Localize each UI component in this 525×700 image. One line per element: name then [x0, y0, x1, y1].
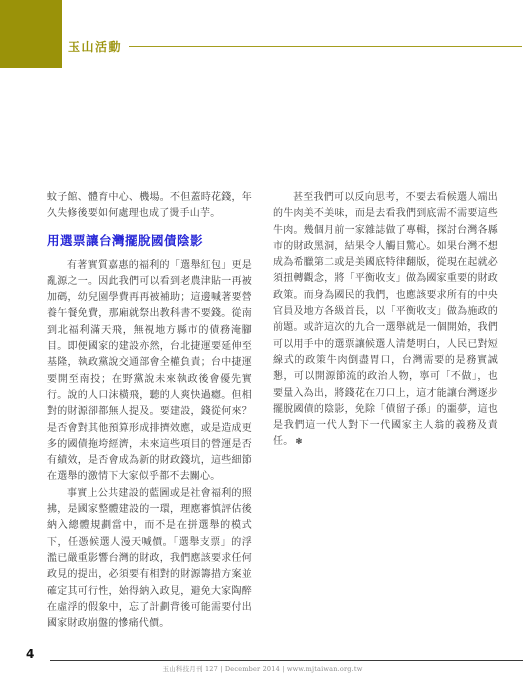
corner-accent-block	[0, 0, 62, 68]
paragraph: 甚至我們可以反向思考，不要去看候選人端出的牛肉美不美味，而是去看我們到底需不需要…	[273, 190, 498, 451]
footer-rule	[50, 660, 523, 661]
continuation-paragraph: 蚊子館、體育中心、機場。不但蓋時花錢，年久失修後要如何處理也成了燙手山芋。	[47, 190, 252, 223]
page-number: 4	[26, 647, 34, 661]
paragraph: 有著實質嘉惠的福利的「選舉紅包」更是亂源之一。因此我們可以看到老農津貼一再被加碼…	[47, 258, 252, 486]
paragraph: 事實上公共建設的藍圖或是社會福利的照拂，是國家整體建設的一環，理應審慎評估後納入…	[47, 486, 252, 633]
journal-footer: 玉山科技月刊 127 | December 2014 | www.mjtaiwa…	[0, 664, 525, 673]
article-heading: 用選票讓台灣擺脫國債陰影	[47, 232, 252, 249]
header-rule	[129, 46, 522, 47]
page-header: 玉山活動	[68, 38, 522, 55]
left-column: 蚊子館、體育中心、機場。不但蓋時花錢，年久失修後要如何處理也成了燙手山芋。 用選…	[47, 190, 252, 632]
right-column: 甚至我們可以反向思考，不要去看候選人端出的牛肉美不美味，而是去看我們到底需不需要…	[273, 190, 498, 632]
magazine-page: 玉山活動 蚊子館、體育中心、機場。不但蓋時花錢，年久失修後要如何處理也成了燙手山…	[0, 0, 525, 700]
article-body: 蚊子館、體育中心、機場。不但蓋時花錢，年久失修後要如何處理也成了燙手山芋。 用選…	[47, 190, 498, 632]
section-kicker: 玉山活動	[68, 38, 122, 55]
paragraph-text: 甚至我們可以反向思考，不要去看候選人端出的牛肉美不美味，而是去看我們到底需不需要…	[273, 192, 498, 447]
end-of-article-mark: ❃	[295, 437, 302, 447]
